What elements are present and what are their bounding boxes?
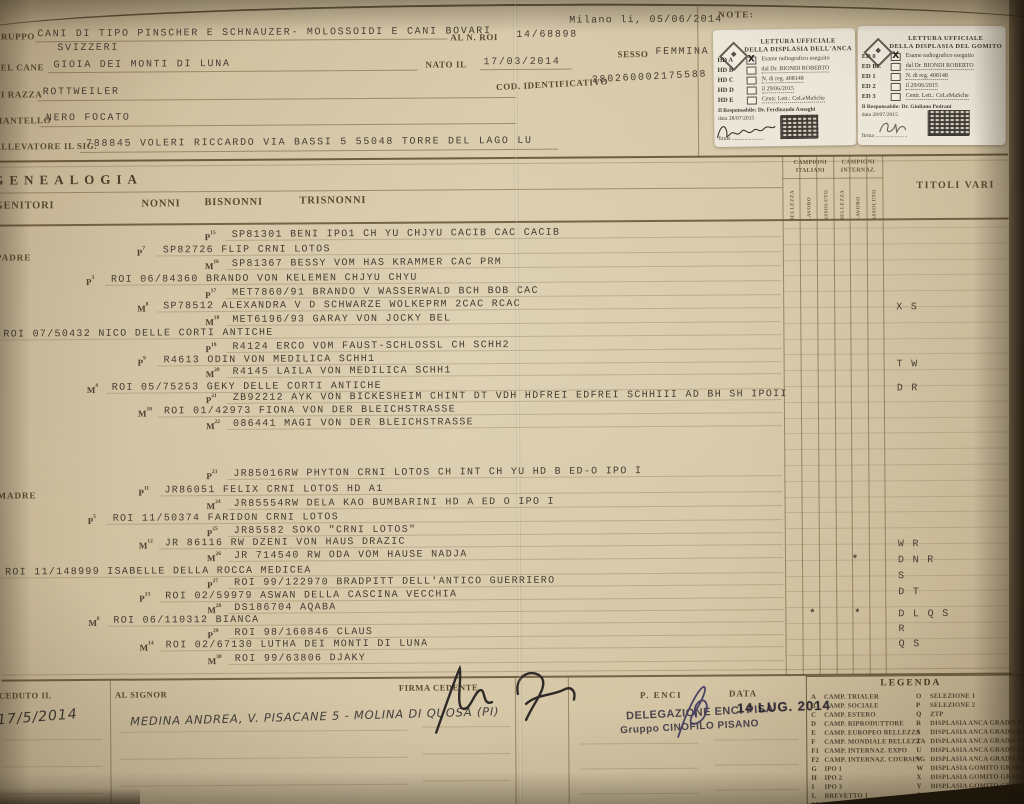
ancestor-position-tag: M10 [138,407,152,419]
hd-firma-label: firma ....................... [718,135,764,142]
hd-code-label: HD E [718,97,734,104]
ancestor-position-tag: P23 [206,469,217,481]
blank-transfer-line [4,739,102,741]
legend-key-letter: I [812,784,815,791]
grid-row-line [785,527,1009,530]
ancestor-position-tag: P21 [206,393,217,405]
blank-transfer-line [422,753,510,755]
legend-key-letter: W [916,765,923,772]
ed-row-text: il 29/06/2015 [906,83,938,90]
grid-row-line [783,322,1007,325]
al-n-roi-label: AL N. ROI [450,32,498,42]
ancestor-name: SP81301 BENI IPO1 CH YU CHJYU CACIB CAC … [232,228,561,241]
blank-transfer-line [580,768,698,770]
ancestor-position-tag: P7 [137,246,145,258]
mantello-value: NERO FOCATO [46,113,131,125]
ancestor-position-tag: P3 [86,275,94,287]
legend-key-text: CAMP. RIPRODUTTORE [824,720,904,728]
legend-key-text: IPO 1 [824,766,842,773]
legend-key-letter: F1 [811,748,819,755]
scanned-pedigree-document: Milano li, 05/06/2014 GRUPPO CANI DI TIP… [0,0,1024,804]
note-label: NOTE: [718,9,754,19]
legend-key-text: IPO 2 [824,775,842,782]
page-right-edge [1009,0,1024,804]
ed-row-text: N. di reg. 408148 [906,73,948,80]
ancestor-position-tag: P5 [88,514,96,526]
grid-row-line [785,559,1009,562]
campione-asterisk: * [809,609,816,620]
grid-row-line [783,227,1007,230]
grid-column-line [866,156,871,675]
ancestor-position-tag: M4 [87,383,98,395]
titoli-vari-entry: T W [897,359,919,370]
blank-transfer-line [580,743,698,745]
ancestor-name: SP78512 ALEXANDRA V D SCHWARZE WOLKEPRM … [163,299,521,312]
ancestor-position-tag: P13 [139,592,150,604]
ancestor-position-tag: P29 [207,628,218,640]
madre-label: MADRE [0,490,37,500]
grid-row-line [784,464,1008,467]
titoli-vari-entry: W R [898,539,920,550]
ancestor-name: ROI 02/67130 LUTHA DEI MONTI DI LUNA [166,639,429,652]
grid-column-line [833,156,838,675]
ancestor-name: MET7860/91 BRANDO V WASSERWALD BCH BOB C… [232,286,539,299]
ed-checkbox [891,93,901,101]
grid-row-line [783,290,1007,293]
legend-key-letter: X [916,774,921,781]
ancestor-name: ROI 06/84360 BRANDO VON KELEMEN CHJYU CH… [111,273,418,286]
ancestor-name: ROI 98/160846 CLAUS [234,627,373,639]
grid-row-line [785,590,1009,593]
ancestor-name: JR 714540 RW ODA VOM HAUSE NADJA [234,549,468,562]
grid-column-line [799,156,804,675]
ancestor-position-tag: M6 [88,616,99,628]
ancestor-name: ROI 11/148999 ISABELLE DELLA ROCCA MEDIC… [5,565,312,578]
legend-key-letter: G [811,766,816,773]
ancestor-position-tag: M30 [208,654,222,666]
ancestor-name: ROI 99/63806 DJAKY [235,653,366,665]
ancestor-name: MET6196/93 GARAY VON JOCKY BEL [232,313,451,326]
grid-row-line [783,259,1007,262]
legend-key-letter: P [916,702,920,709]
nato-il-label: NATO IL [425,59,466,69]
hd-checkbox [747,76,757,84]
legend-key-letter: S [916,729,920,736]
legend-key-text: DISPLASIA ANCA GRADO A [930,719,1021,727]
ancestor-position-tag: M22 [206,419,220,431]
ancestor-position-tag: P17 [205,288,216,300]
ancestor-position-tag: M26 [207,551,221,563]
grid-column-line [816,156,821,675]
legend-key-letter: O [916,693,921,700]
place-date: Milano li, 05/06/2014 [569,15,722,27]
genealogia-title-rule [0,187,782,193]
legend-key-text: DISPLASIA ANCA GRADO B [930,728,1021,736]
legend-key-text: SELEZIONE 2 [930,702,975,709]
ed-sticker-title-line2: DELLA DISPLASIA DEL GOMITO [888,43,1004,50]
ed-row-text: Centr. Lett.: CeLeMaSche [906,93,969,100]
legend-key-text: CAMP. SOCIALE [824,702,879,709]
ed-checkbox [891,83,901,91]
ancestor-name: 086441 MAGI VON DER BLEICHSTRASSE [233,417,474,430]
sesso-label: SESSO [617,49,648,59]
ancestor-name: ROI 99/122970 BRADPITT DELL'ANTICO GUERR… [234,576,555,589]
campioni-sub-label-bellezza: BELLEZZA [840,190,845,221]
titoli-vari-entry: S [898,571,905,582]
campioni-sub-label-bellezza: BELLEZZA [790,190,795,221]
gruppo-label: GRUPPO [0,31,35,41]
ancestor-position-tag: M12 [139,539,153,551]
ancestor-name: R4124 ERCO VOM FAUST-SCHLOSSL CH SCHH2 [232,340,510,353]
grid-row-line [783,338,1007,341]
ancestor-position-tag: M18 [205,315,219,327]
grid-row-line [783,243,1007,246]
ed-checkbox-checked: X [891,53,901,61]
ancestor-position-tag: M8 [137,302,148,314]
hd-row-text: il 29/06/2015 [762,86,794,93]
legend-title: LEGENDA [806,677,1016,688]
ed-firma-label: firma ....................... [862,133,908,139]
firma-cedente-signature [426,663,586,736]
cod-identificativo-value: 380260002175588 [592,69,708,86]
legend-key-text: CAMP. INTERNAZ. COURSING [824,756,925,764]
blank-transfer-line [715,789,799,791]
legend-key-text: CAMP. EUROPEO BELLEZZA [824,729,921,737]
p-enci-signature [650,682,740,741]
hd-checkbox [746,66,756,74]
legend-key-text: ZTP [930,711,943,718]
grid-row-line [784,401,1008,404]
ancestor-name: DS186704 AQABA [234,602,336,614]
legend-key-letter: C [811,712,816,719]
titoli-vari-entry: D T [898,587,920,598]
bottom-col-line-1 [110,681,112,804]
titoli-vari-header: TITOLI VARI [916,180,995,192]
hd-code-label: HD B [717,67,733,74]
column-header-trisnonni: TRISNONNI [299,195,366,206]
legend-key-letter: V [916,756,921,763]
ancestor-name: JR 86116 RW DZENI VON HAUS DRAZIC [165,537,406,550]
ceduto-il-label: CEDUTO IL [0,690,52,700]
hd-code-label: HD D [718,87,734,94]
ancestor-position-tag: M20 [206,367,220,379]
legend-key-letter: D [811,721,816,728]
campioni-internaz-header-line2: INTERNAZ. [835,167,881,173]
ancestor-position-tag: M16 [205,259,219,271]
legend-key-letter: Q [916,711,921,718]
ed-checkbox [891,63,901,71]
blank-transfer-line [4,766,102,768]
grid-column-line [849,156,854,675]
al-n-roi-value: 14/68898 [516,30,578,41]
ancestor-name: ROI 07/50432 NICO DELLE CORTI ANTICHE [3,328,273,341]
ancestor-position-tag: P25 [207,526,218,538]
nato-il-value: 17/03/2014 [483,57,560,69]
campioni-sub-label-lavoro: LAVORO [807,197,812,221]
grid-row-line [786,638,1010,641]
grid-row-line [785,606,1009,609]
grid-row-line [783,306,1007,309]
legend-key-letter: U [916,747,921,754]
grid-row-line [784,480,1008,483]
ancestor-position-tag: P9 [138,356,146,368]
hd-sticker-title-line2: DELLA DISPLASIA DELL'ANCA [743,45,853,54]
ancestor-position-tag: P11 [138,486,149,498]
padre-label: PADRE [0,252,31,262]
campione-asterisk: * [854,609,861,620]
ed-code-label: ED 0 [862,53,876,60]
grid-row-line [784,448,1008,451]
genealogia-title: GENEALOGIA [0,172,143,189]
gruppo-value-line2: SVIZZERI [57,43,119,54]
allevatore-value: 788845 VOLERI RICCARDO VIA BASSI 5 55048… [86,136,533,150]
campioni-italiani-header-line2: ITALIANI [787,168,833,174]
legend-key-letter: L [812,793,817,800]
ancestor-position-tag: P19 [205,342,216,354]
ancestor-name: ROI 11/50374 FARIDON CRNI LOTOS [113,512,339,525]
sesso-value: FEMMINA [655,47,709,58]
ancestor-name: JR86051 FELIX CRNI LOTOS HD A1 [164,484,383,497]
hd-row-text: N. di reg. 408148 [762,76,804,84]
legend-key-letter: F2 [811,757,819,764]
campioni-sub-label-assoluto: ASSOLUTO [872,189,877,220]
blank-transfer-line [423,780,511,782]
del-cane-value: GIOIA DEI MONTI DI LUNA [53,59,230,71]
ancestor-name: ROI 06/110312 BIANCA [113,615,259,627]
campioni-sub-label-assoluto: ASSOLUTO [824,190,829,221]
mantello-label: MANTELLO [0,115,51,125]
titoli-vari-entry: Q S [899,639,921,650]
ancestor-position-tag: P15 [205,230,216,242]
grid-row-line [784,417,1008,420]
ancestor-name: ROI 02/59979 ASWAN DELLA CASCINA VECCHIA [165,589,457,602]
titoli-vari-entry: D N R [898,555,935,566]
ed-row-text: dal Dr. BIONDI ROBERTO [906,63,974,70]
grid-column-line [882,155,887,674]
column-header-bisnonni: BISNONNI [204,197,262,208]
titoli-vari-entry: R [898,624,905,635]
blank-transfer-line [121,784,409,787]
ancestor-position-tag: P27 [207,578,218,590]
column-header-nonni: NONNI [141,198,180,209]
legend-key-letter: B [811,703,816,710]
ancestor-position-tag: M14 [140,641,154,653]
ancestor-name: SP82726 FLIP CRNI LOTOS [163,244,331,256]
hd-dysplasia-sticker: LETTURA UFFICIALE DELLA DISPLASIA DELL'A… [713,28,857,147]
campioni-italiani-header-line1: CAMPIONI [787,160,833,166]
campioni-sub-label-lavoro: LAVORO [856,196,861,220]
grid-row-line [786,654,1010,657]
document-page: Milano li, 05/06/2014 GRUPPO CANI DI TIP… [0,0,1024,804]
hd-datamatrix-code [780,115,818,140]
titoli-vari-entry: D L Q S [898,609,949,620]
legend-key-text: IPO 3 [825,784,843,791]
grid-row-line [784,432,1008,435]
titoli-vari-entry: D R [897,383,919,394]
ed-code-label: ED 2 [862,83,876,90]
blank-transfer-line [120,730,408,733]
di-razza-label: DI RAZZA [0,89,42,99]
ed-code-label: ED 1 [862,73,876,80]
hd-row-text: Centr. Lett.: CeLeMaSche [762,96,825,104]
ceduto-il-handwritten-date: 17/5/2014 [0,706,78,728]
ancestor-name: JR85554RW DELA KAO BUMBARINI HD A ED O I… [234,497,555,510]
grid-row-line [785,511,1009,514]
ed-row-text: Esame radiografico eseguito [906,53,974,59]
legend-key-text: CAMP. ESTERO [824,711,876,718]
hd-code-label: HD C [718,77,734,84]
legend-key-letter: H [811,775,816,782]
hd-row-text: Esame radiografico eseguito [761,55,829,62]
ancestor-name: SP81367 BESSY VOM HAS KRAMMER CAC PRM [232,257,502,270]
ancestor-position-tag: M24 [207,499,221,511]
legend-key-letter: Y [917,783,922,790]
titoli-vari-entry: X S [896,302,918,313]
hd-checkbox-checked: X [746,56,756,64]
allevatore-label: ALLEVATORE IL SIG. [0,141,97,152]
ed-code-label: ED 3 [862,93,876,100]
legend-key-text: CAMP. TRIALER [824,693,879,700]
grid-row-line [783,274,1007,277]
ed-sticker-title-line1: LETTURA UFFICIALE [888,35,1004,42]
column-header-genitori: GENITORI [0,200,54,211]
grid-row-line [784,353,1008,356]
legend-key-text: CAMP. INTERNAZ. EXPO [824,747,907,755]
grid-row-line [785,496,1009,499]
ed-code-label: ED BL [862,63,881,70]
blank-transfer-line [120,757,408,760]
ancestor-name: ROI 01/42973 FIONA VON DER BLEICHSTRASSE [164,404,456,417]
hd-code-label: HD A [717,57,733,64]
campioni-internaz-header-line1: CAMPIONI [835,159,881,165]
bottom-left-shadow [0,788,140,804]
ancestor-position-tag: M28 [207,603,221,615]
ed-checkbox [891,73,901,81]
al-signor-label: AL SIGNOR [115,689,167,699]
ed-datamatrix-code [928,110,970,136]
grid-row-line [785,543,1009,546]
legend-key-letter: T [916,738,921,745]
di-razza-value: ROTTWEILER [43,87,120,99]
legend-key-letter: E [811,730,816,737]
nato-il-underline [480,69,572,71]
legend-key-letter: A [811,694,816,701]
legend-key-text: SELEZIONE 1 [930,693,975,700]
legend-key-text: CAMP. MONDIALE BELLEZZA [824,738,925,746]
blank-transfer-line [581,793,699,795]
legend-key-letter: R [916,720,921,727]
ancestor-name: JR85582 SOKO "CRNI LOTOS" [234,525,417,537]
ed-dysplasia-sticker: LETTURA UFFICIALE DELLA DISPLASIA DEL GO… [858,26,1006,145]
blank-transfer-line [714,764,798,766]
hd-checkbox [747,96,757,104]
hd-responsabile: Il Responsabile: Dr. Ferdinando Asnaghi [718,107,815,114]
hd-row-text: dal Dr. BIONDI ROBERTO [761,65,829,73]
ancestor-name: JR85016RW PHYTON CRNI LOTOS CH INT CH YU… [233,466,642,480]
ancestor-name: R4145 LAILA VON MEDILICA SCHH1 [233,365,452,378]
del-cane-label: DEL CANE [0,62,44,72]
ancestor-name: R4613 ODIN VON MEDILICA SCHH1 [164,354,376,366]
hd-checkbox [747,86,757,94]
grid-row-line [785,622,1009,625]
campione-asterisk: * [852,555,859,566]
legend-key-letter: F [811,739,815,746]
